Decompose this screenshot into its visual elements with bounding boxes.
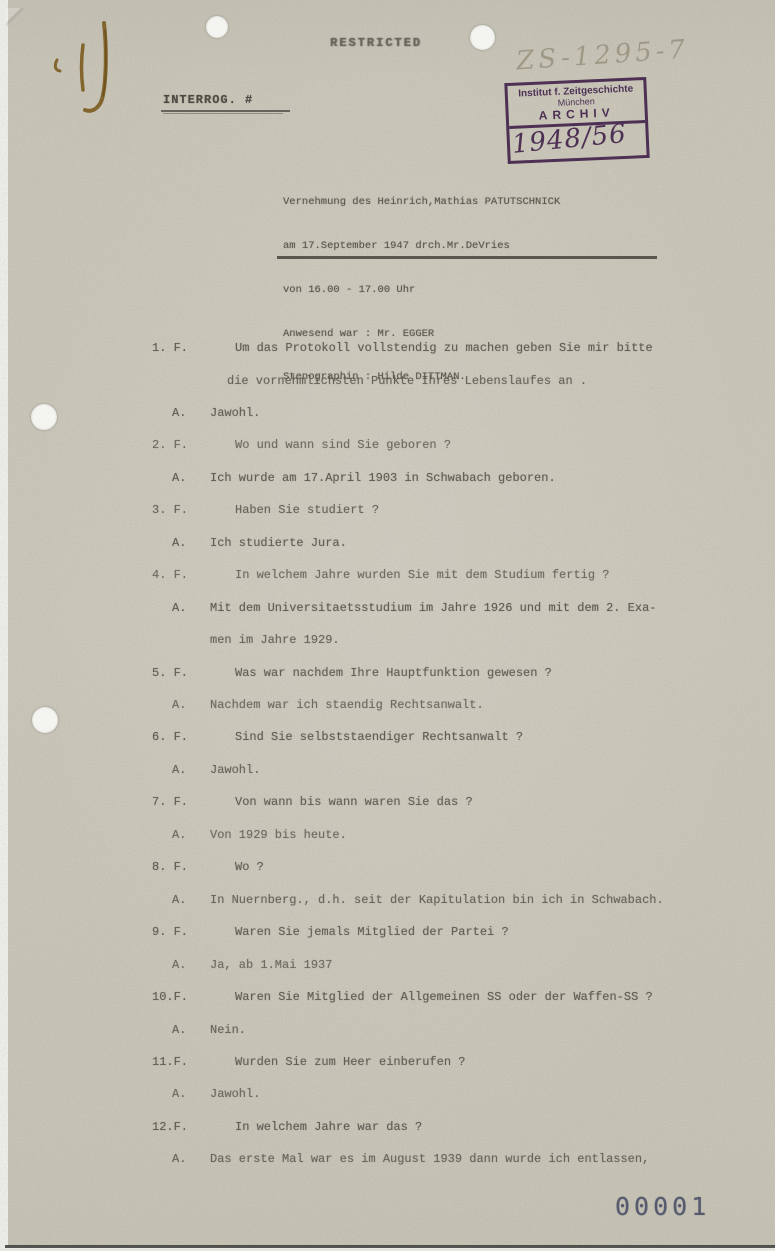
stamp-accession-number-box: 1948/56: [509, 123, 646, 161]
qa-label: A.: [172, 601, 186, 615]
qa-text: Ich wurde am 17.April 1903 in Schwabach …: [210, 471, 556, 485]
qa-label: 10.F.: [152, 990, 188, 1004]
question-line: 7. F.Von wann bis wann waren Sie das ?: [0, 795, 775, 828]
qa-text: Jawohl.: [210, 406, 260, 420]
qa-text: Wo und wann sind Sie geboren ?: [235, 438, 451, 452]
header-line: von 16.00 - 17.00 Uhr: [283, 283, 560, 298]
qa-text: Von wann bis wann waren Sie das ?: [235, 795, 473, 809]
archive-stamp: Institut f. Zeitgeschichte München ARCHI…: [504, 77, 649, 164]
qa-text: Ich studierte Jura.: [210, 536, 347, 550]
qa-text: Ja, ab 1.Mai 1937: [210, 958, 332, 972]
qa-text: Sind Sie selbststaendiger Rechtsanwalt ?: [235, 730, 523, 744]
answer-line: A.Ich wurde am 17.April 1903 in Schwabac…: [0, 471, 775, 504]
question-line: 11.F.Wurden Sie zum Heer einberufen ?: [0, 1055, 775, 1088]
question-line: die vornehmlichsten Punkte Ihres Lebensl…: [0, 374, 775, 407]
punch-hole: [470, 25, 495, 50]
qa-text: Nein.: [210, 1023, 246, 1037]
classification-marking: RESTRICTED: [330, 36, 460, 50]
qa-label: A.: [172, 1152, 186, 1166]
qa-text: Wurden Sie zum Heer einberufen ?: [235, 1055, 465, 1069]
header-rule: [277, 256, 657, 259]
interrog-heading: INTERROG. #: [163, 93, 253, 107]
interrog-underline: [163, 113, 283, 114]
answer-line: A.Ich studierte Jura.: [0, 536, 775, 569]
qa-label: 6. F.: [152, 730, 188, 744]
qa-text: Wo ?: [235, 860, 264, 874]
question-line: 12.F.In welchem Jahre war das ?: [0, 1120, 775, 1153]
qa-label: A.: [172, 958, 186, 972]
answer-line: A.Das erste Mal war es im August 1939 da…: [0, 1152, 775, 1185]
qa-label: A.: [172, 1023, 186, 1037]
answer-line: A.Nachdem war ich staendig Rechtsanwalt.: [0, 698, 775, 731]
qa-text: In Nuernberg., d.h. seit der Kapitulatio…: [210, 893, 664, 907]
header-line: Vernehmung des Heinrich,Mathias PATUTSCH…: [283, 195, 560, 210]
qa-text: Waren Sie jemals Mitglied der Partei ?: [235, 925, 509, 939]
qa-label: 5. F.: [152, 666, 188, 680]
qa-text: Was war nachdem Ihre Hauptfunktion gewes…: [235, 666, 552, 680]
qa-label: A.: [172, 763, 186, 777]
qa-label: 3. F.: [152, 503, 188, 517]
qa-label: 9. F.: [152, 925, 188, 939]
question-line: 6. F.Sind Sie selbststaendiger Rechtsanw…: [0, 730, 775, 763]
qa-text: Haben Sie studiert ?: [235, 503, 379, 517]
header-line: am 17.September 1947 drch.Mr.DeVries: [283, 239, 560, 254]
qa-label: 4. F.: [152, 568, 188, 582]
qa-text: Nachdem war ich staendig Rechtsanwalt.: [210, 698, 484, 712]
qa-label: A.: [172, 536, 186, 550]
qa-text: Waren Sie Mitglied der Allgemeinen SS od…: [235, 990, 653, 1004]
answer-line: A.Nein.: [0, 1023, 775, 1056]
qa-text: Um das Protokoll vollstendig zu machen g…: [235, 341, 653, 355]
answer-line: men im Jahre 1929.: [0, 633, 775, 666]
answer-line: A.Mit dem Universitaetsstudium im Jahre …: [0, 601, 775, 634]
qa-label: 8. F.: [152, 860, 188, 874]
qa-text: Jawohl.: [210, 1087, 260, 1101]
question-line: 1. F.Um das Protokoll vollstendig zu mac…: [0, 341, 775, 374]
qa-text: Mit dem Universitaetsstudium im Jahre 19…: [210, 601, 656, 615]
qa-label: 1. F.: [152, 341, 188, 355]
qa-label: A.: [172, 828, 186, 842]
answer-line: A.In Nuernberg., d.h. seit der Kapitulat…: [0, 893, 775, 926]
answer-line: A.Jawohl.: [0, 406, 775, 439]
qa-label: 12.F.: [152, 1120, 188, 1134]
qa-label: A.: [172, 893, 186, 907]
qa-text: men im Jahre 1929.: [210, 633, 340, 647]
question-line: 8. F.Wo ?: [0, 860, 775, 893]
qa-label: 11.F.: [152, 1055, 188, 1069]
qa-label: 7. F.: [152, 795, 188, 809]
answer-line: A.Ja, ab 1.Mai 1937: [0, 958, 775, 991]
question-line: 2. F.Wo und wann sind Sie geboren ?: [0, 438, 775, 471]
answer-line: A.Von 1929 bis heute.: [0, 828, 775, 861]
answer-line: A.Jawohl.: [0, 1087, 775, 1120]
scanned-document-page: RESTRICTED ZS-1295-7 Institut f. Zeitges…: [0, 0, 775, 1251]
answer-line: A.Jawohl.: [0, 763, 775, 796]
question-line: 9. F.Waren Sie jemals Mitglied der Parte…: [0, 925, 775, 958]
header-line: Anwesend war : Mr. EGGER: [283, 327, 560, 342]
qa-text: Von 1929 bis heute.: [210, 828, 347, 842]
qa-text: Das erste Mal war es im August 1939 dann…: [210, 1152, 649, 1166]
question-line: 3. F.Haben Sie studiert ?: [0, 503, 775, 536]
qa-label: A.: [172, 406, 186, 420]
qa-text: In welchem Jahre wurden Sie mit dem Stud…: [235, 568, 609, 582]
qa-text: In welchem Jahre war das ?: [235, 1120, 422, 1134]
punch-hole: [206, 16, 228, 38]
qa-text: Jawohl.: [210, 763, 260, 777]
qa-label: A.: [172, 1087, 186, 1101]
question-line: 4. F.In welchem Jahre wurden Sie mit dem…: [0, 568, 775, 601]
question-line: 10.F.Waren Sie Mitglied der Allgemeinen …: [0, 990, 775, 1023]
interrog-underline: [161, 110, 290, 112]
qa-label: 2. F.: [152, 438, 188, 452]
qa-text: die vornehmlichsten Punkte Ihres Lebensl…: [227, 374, 587, 388]
page-number-stamp: 00001: [615, 1192, 710, 1221]
qa-list: 1. F.Um das Protokoll vollstendig zu mac…: [0, 341, 775, 1221]
qa-label: A.: [172, 698, 186, 712]
question-line: 5. F.Was war nachdem Ihre Hauptfunktion …: [0, 666, 775, 699]
paperclip-rust-mark: [0, 0, 160, 140]
qa-label: A.: [172, 471, 186, 485]
